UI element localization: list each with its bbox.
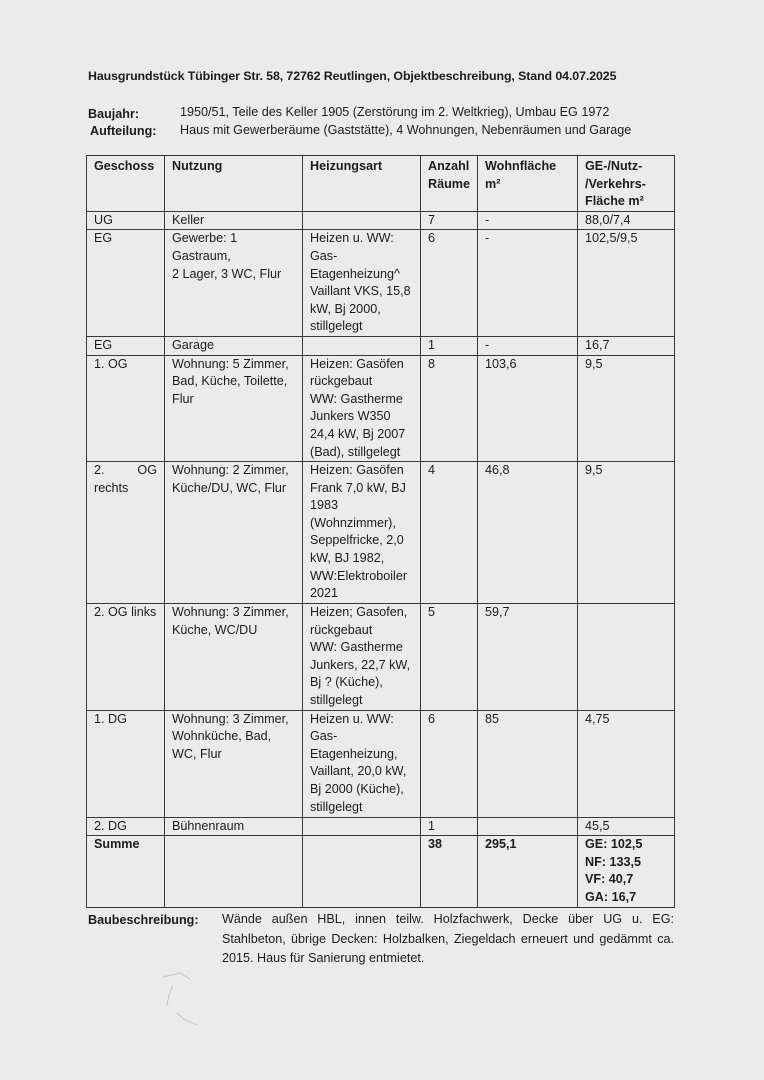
table-row: 1. DGWohnung: 3 Zimmer,Wohnküche, Bad,WC… bbox=[87, 710, 675, 817]
cell-nutzflaeche: 88,0/7,4 bbox=[578, 211, 675, 230]
cell-wohnflaeche: - bbox=[478, 230, 578, 337]
cell-wohnflaeche: - bbox=[478, 211, 578, 230]
cell-heizungsart bbox=[303, 211, 421, 230]
cell-nutzung: Wohnung: 3 Zimmer,Wohnküche, Bad,WC, Flu… bbox=[165, 710, 303, 817]
faint-signature-mark bbox=[155, 965, 215, 1030]
baujahr-value: 1950/51, Teile des Keller 1905 (Zerstöru… bbox=[180, 105, 609, 119]
header-heizungsart: Heizungsart bbox=[303, 156, 421, 212]
table-row: 2.OGrechtsWohnung: 2 Zimmer,Küche/DU, WC… bbox=[87, 462, 675, 604]
header-nutzung: Nutzung bbox=[165, 156, 303, 212]
header-wohnflaeche: Wohnflächem² bbox=[478, 156, 578, 212]
baubeschreibung-text: Wände außen HBL, innen teilw. Holzfachwe… bbox=[222, 910, 674, 969]
cell-wohnflaeche: - bbox=[478, 336, 578, 355]
cell-heizungsart: Heizen u. WW:Gas-Etagenheizung,Vaillant,… bbox=[303, 710, 421, 817]
cell-wohnflaeche: 103,6 bbox=[478, 355, 578, 462]
cell-anzahl-raeume: 4 bbox=[421, 462, 478, 604]
cell-heizungsart bbox=[303, 817, 421, 836]
cell-nutzung: Wohnung: 3 Zimmer,Küche, WC/DU bbox=[165, 604, 303, 711]
cell-wohnflaeche: 85 bbox=[478, 710, 578, 817]
table-header-row: Geschoss Nutzung Heizungsart AnzahlRäume… bbox=[87, 156, 675, 212]
cell-geschoss: 1. OG bbox=[87, 355, 165, 462]
cell-summe-wohnflaeche: 295,1 bbox=[478, 836, 578, 907]
cell-nutzung: Garage bbox=[165, 336, 303, 355]
header-geschoss: Geschoss bbox=[87, 156, 165, 212]
object-table: Geschoss Nutzung Heizungsart AnzahlRäume… bbox=[86, 155, 675, 908]
cell-nutzung: Wohnung: 2 Zimmer,Küche/DU, WC, Flur bbox=[165, 462, 303, 604]
cell-anzahl-raeume: 6 bbox=[421, 710, 478, 817]
cell-heizungsart: Heizen: GasöfenrückgebautWW: GasthermeJu… bbox=[303, 355, 421, 462]
cell-anzahl-raeume: 1 bbox=[421, 336, 478, 355]
cell-nutzung: Bühnenraum bbox=[165, 817, 303, 836]
cell-geschoss: 2.OGrechts bbox=[87, 462, 165, 604]
header-anzahl-raeume: AnzahlRäume bbox=[421, 156, 478, 212]
cell-geschoss: EG bbox=[87, 336, 165, 355]
cell-nutzflaeche: 16,7 bbox=[578, 336, 675, 355]
table-row: 2. OG linksWohnung: 3 Zimmer,Küche, WC/D… bbox=[87, 604, 675, 711]
cell-nutzflaeche: 9,5 bbox=[578, 462, 675, 604]
cell-heizungsart: Heizen u. WW:Gas-Etagenheizung^Vaillant … bbox=[303, 230, 421, 337]
cell-nutzung: Keller bbox=[165, 211, 303, 230]
cell-wohnflaeche bbox=[478, 817, 578, 836]
cell-geschoss: UG bbox=[87, 211, 165, 230]
cell-nutzung: Wohnung: 5 Zimmer,Bad, Küche, Toilette,F… bbox=[165, 355, 303, 462]
cell-anzahl-raeume: 6 bbox=[421, 230, 478, 337]
cell-geschoss: 2. DG bbox=[87, 817, 165, 836]
table-row: EGGewerbe: 1Gastraum,2 Lager, 3 WC, Flur… bbox=[87, 230, 675, 337]
cell-wohnflaeche: 59,7 bbox=[478, 604, 578, 711]
cell-heizungsart bbox=[303, 336, 421, 355]
cell-nutzflaeche bbox=[578, 604, 675, 711]
table-row-summe: Summe38295,1GE: 102,5NF: 133,5VF: 40,7GA… bbox=[87, 836, 675, 907]
cell-nutzflaeche: 45,5 bbox=[578, 817, 675, 836]
cell-anzahl-raeume: 1 bbox=[421, 817, 478, 836]
table-body: UGKeller7-88,0/7,4EGGewerbe: 1Gastraum,2… bbox=[87, 211, 675, 907]
cell-nutzflaeche: 4,75 bbox=[578, 710, 675, 817]
cell-anzahl-raeume: 7 bbox=[421, 211, 478, 230]
cell-summe-heizungsart bbox=[303, 836, 421, 907]
cell-summe-nutzung bbox=[165, 836, 303, 907]
cell-summe-nutzflaeche: GE: 102,5NF: 133,5VF: 40,7GA: 16,7 bbox=[578, 836, 675, 907]
cell-heizungsart: Heizen: GasöfenFrank 7,0 kW, BJ1983(Wohn… bbox=[303, 462, 421, 604]
aufteilung-label: Aufteilung: bbox=[90, 124, 156, 138]
cell-wohnflaeche: 46,8 bbox=[478, 462, 578, 604]
baubeschreibung-label: Baubeschreibung: bbox=[88, 913, 199, 927]
header-nutzflaeche: GE-/Nutz-/Verkehrs-Fläche m² bbox=[578, 156, 675, 212]
cell-summe-label: Summe bbox=[87, 836, 165, 907]
cell-nutzflaeche: 9,5 bbox=[578, 355, 675, 462]
cell-anzahl-raeume: 8 bbox=[421, 355, 478, 462]
table-row: UGKeller7-88,0/7,4 bbox=[87, 211, 675, 230]
table-row: 1. OGWohnung: 5 Zimmer,Bad, Küche, Toile… bbox=[87, 355, 675, 462]
cell-nutzflaeche: 102,5/9,5 bbox=[578, 230, 675, 337]
aufteilung-value: Haus mit Gewerberäume (Gaststätte), 4 Wo… bbox=[180, 123, 631, 137]
table-row: EGGarage1-16,7 bbox=[87, 336, 675, 355]
cell-geschoss: 2. OG links bbox=[87, 604, 165, 711]
cell-geschoss: 1. DG bbox=[87, 710, 165, 817]
cell-summe-raeume: 38 bbox=[421, 836, 478, 907]
table-row: 2. DGBühnenraum145,5 bbox=[87, 817, 675, 836]
cell-nutzung: Gewerbe: 1Gastraum,2 Lager, 3 WC, Flur bbox=[165, 230, 303, 337]
document-title: Hausgrundstück Tübinger Str. 58, 72762 R… bbox=[88, 69, 616, 83]
cell-anzahl-raeume: 5 bbox=[421, 604, 478, 711]
cell-geschoss: EG bbox=[87, 230, 165, 337]
baujahr-label: Baujahr: bbox=[88, 107, 139, 121]
cell-heizungsart: Heizen; Gasofen,rückgebautWW: GasthermeJ… bbox=[303, 604, 421, 711]
